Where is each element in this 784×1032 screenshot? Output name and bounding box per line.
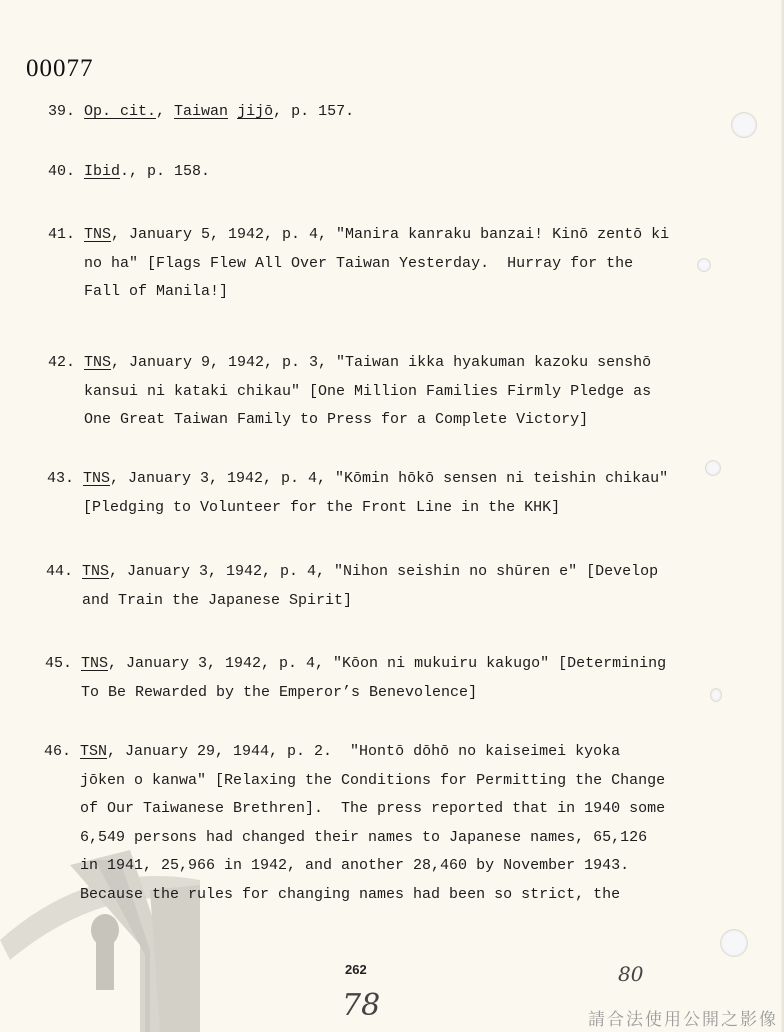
page-number: 262 (345, 962, 367, 977)
footnote-text: and Train the Japanese Spirit] (82, 592, 352, 609)
handwritten-number: 80 (618, 962, 643, 986)
footnote-44: 44.TNS, January 3, 1942, p. 4, "Nihon se… (46, 558, 726, 615)
footnote-line: of Our Taiwanese Brethren]. The press re… (44, 795, 724, 824)
handwritten-number: 78 (342, 988, 380, 1023)
footnote-text: , (156, 103, 174, 120)
footnote-number: 42. (48, 349, 84, 378)
underlined-title: TNS (84, 226, 111, 243)
footnote-line: no ha" [Flags Flew All Over Taiwan Yeste… (48, 250, 728, 279)
footnote-text: , January 3, 1942, p. 4, "Kōon ni mukuir… (108, 655, 666, 672)
footnote-45: 45.TNS, January 3, 1942, p. 4, "Kōon ni … (45, 650, 725, 707)
punch-hole (705, 460, 721, 476)
underlined-title: TNS (84, 354, 111, 371)
footnote-line: 39.Op. cit., Taiwan jijō, p. 157. (48, 98, 728, 127)
footnote-number: 44. (46, 558, 82, 587)
underlined-title: TNS (82, 563, 109, 580)
footnote-42: 42.TNS, January 9, 1942, p. 3, "Taiwan i… (48, 349, 728, 435)
footnote-number: 41. (48, 221, 84, 250)
footnote-40: 40.Ibid., p. 158. (48, 158, 728, 187)
footnote-line: To Be Rewarded by the Emperor’s Benevole… (45, 679, 725, 708)
footnote-text: , January 3, 1942, p. 4, "Kōmin hōkō sen… (110, 470, 668, 487)
underlined-title: Op. cit. (84, 103, 156, 120)
footnote-line: [Pledging to Volunteer for the Front Lin… (47, 494, 727, 523)
punch-hole (710, 688, 722, 702)
footnote-line: 45.TNS, January 3, 1942, p. 4, "Kōon ni … (45, 650, 725, 679)
footnote-line: 46.TSN, January 29, 1944, p. 2. "Hontō d… (44, 738, 724, 767)
footnote-text: 6,549 persons had changed their names to… (80, 829, 647, 846)
footnote-43: 43.TNS, January 3, 1942, p. 4, "Kōmin hō… (47, 465, 727, 522)
footnote-line: 43.TNS, January 3, 1942, p. 4, "Kōmin hō… (47, 465, 727, 494)
footnote-39: 39.Op. cit., Taiwan jijō, p. 157. (48, 98, 728, 127)
footnote-text: , January 3, 1942, p. 4, "Nihon seishin … (109, 563, 658, 580)
footnote-46: 46.TSN, January 29, 1944, p. 2. "Hontō d… (44, 738, 724, 909)
footnote-line: 44.TNS, January 3, 1942, p. 4, "Nihon se… (46, 558, 726, 587)
footnote-text: , p. 157. (273, 103, 354, 120)
footnote-line: 6,549 persons had changed their names to… (44, 824, 724, 853)
footnote-number: 45. (45, 650, 81, 679)
footnote-text: Fall of Manila!] (84, 283, 228, 300)
punch-hole (697, 258, 711, 272)
underlined-title: Ibid (84, 163, 120, 180)
underlined-title: jijō (237, 103, 273, 120)
footnote-line: kansui ni kataki chikau" [One Million Fa… (48, 378, 728, 407)
footnote-number: 46. (44, 738, 80, 767)
footnote-text: Because the rules for changing names had… (80, 886, 620, 903)
footnote-text: One Great Taiwan Family to Press for a C… (84, 411, 588, 428)
footnote-text: , January 5, 1942, p. 4, "Manira kanraku… (111, 226, 669, 243)
footnote-text: jōken o kanwa" [Relaxing the Conditions … (80, 772, 665, 789)
footnote-line: 42.TNS, January 9, 1942, p. 3, "Taiwan i… (48, 349, 728, 378)
document-page: 00077 39.Op. cit., Taiwan jijō, p. 157.4… (0, 0, 784, 1032)
footnote-text: , January 29, 1944, p. 2. "Hontō dōhō no… (107, 743, 620, 760)
footnote-line: in 1941, 25,966 in 1942, and another 28,… (44, 852, 724, 881)
footnote-number: 39. (48, 98, 84, 127)
footnote-line: and Train the Japanese Spirit] (46, 587, 726, 616)
footnote-line: 41.TNS, January 5, 1942, p. 4, "Manira k… (48, 221, 728, 250)
footnote-text: [Pledging to Volunteer for the Front Lin… (83, 499, 560, 516)
footnote-line: Because the rules for changing names had… (44, 881, 724, 910)
usage-watermark-text: 請合法使用公開之影像 (588, 1005, 778, 1030)
footnote-line: Fall of Manila!] (48, 278, 728, 307)
footnote-number: 43. (47, 465, 83, 494)
footnote-number: 40. (48, 158, 84, 187)
underlined-title: TSN (80, 743, 107, 760)
footnote-text: To Be Rewarded by the Emperor’s Benevole… (81, 684, 477, 701)
punch-hole (720, 929, 748, 957)
footnote-text (228, 103, 237, 120)
footnote-text: no ha" [Flags Flew All Over Taiwan Yeste… (84, 255, 633, 272)
footnote-text: of Our Taiwanese Brethren]. The press re… (80, 800, 665, 817)
footnote-text: , January 9, 1942, p. 3, "Taiwan ikka hy… (111, 354, 651, 371)
document-id-stamp: 00077 (26, 55, 94, 83)
footnote-line: One Great Taiwan Family to Press for a C… (48, 406, 728, 435)
footnote-text: in 1941, 25,966 in 1942, and another 28,… (80, 857, 629, 874)
underlined-title: TNS (83, 470, 110, 487)
footnote-41: 41.TNS, January 5, 1942, p. 4, "Manira k… (48, 221, 728, 307)
footnote-line: 40.Ibid., p. 158. (48, 158, 728, 187)
underlined-title: Taiwan (174, 103, 228, 120)
footnote-line: jōken o kanwa" [Relaxing the Conditions … (44, 767, 724, 796)
footnote-text: kansui ni kataki chikau" [One Million Fa… (84, 383, 651, 400)
footnote-text: ., p. 158. (120, 163, 210, 180)
punch-hole (731, 112, 757, 138)
underlined-title: TNS (81, 655, 108, 672)
